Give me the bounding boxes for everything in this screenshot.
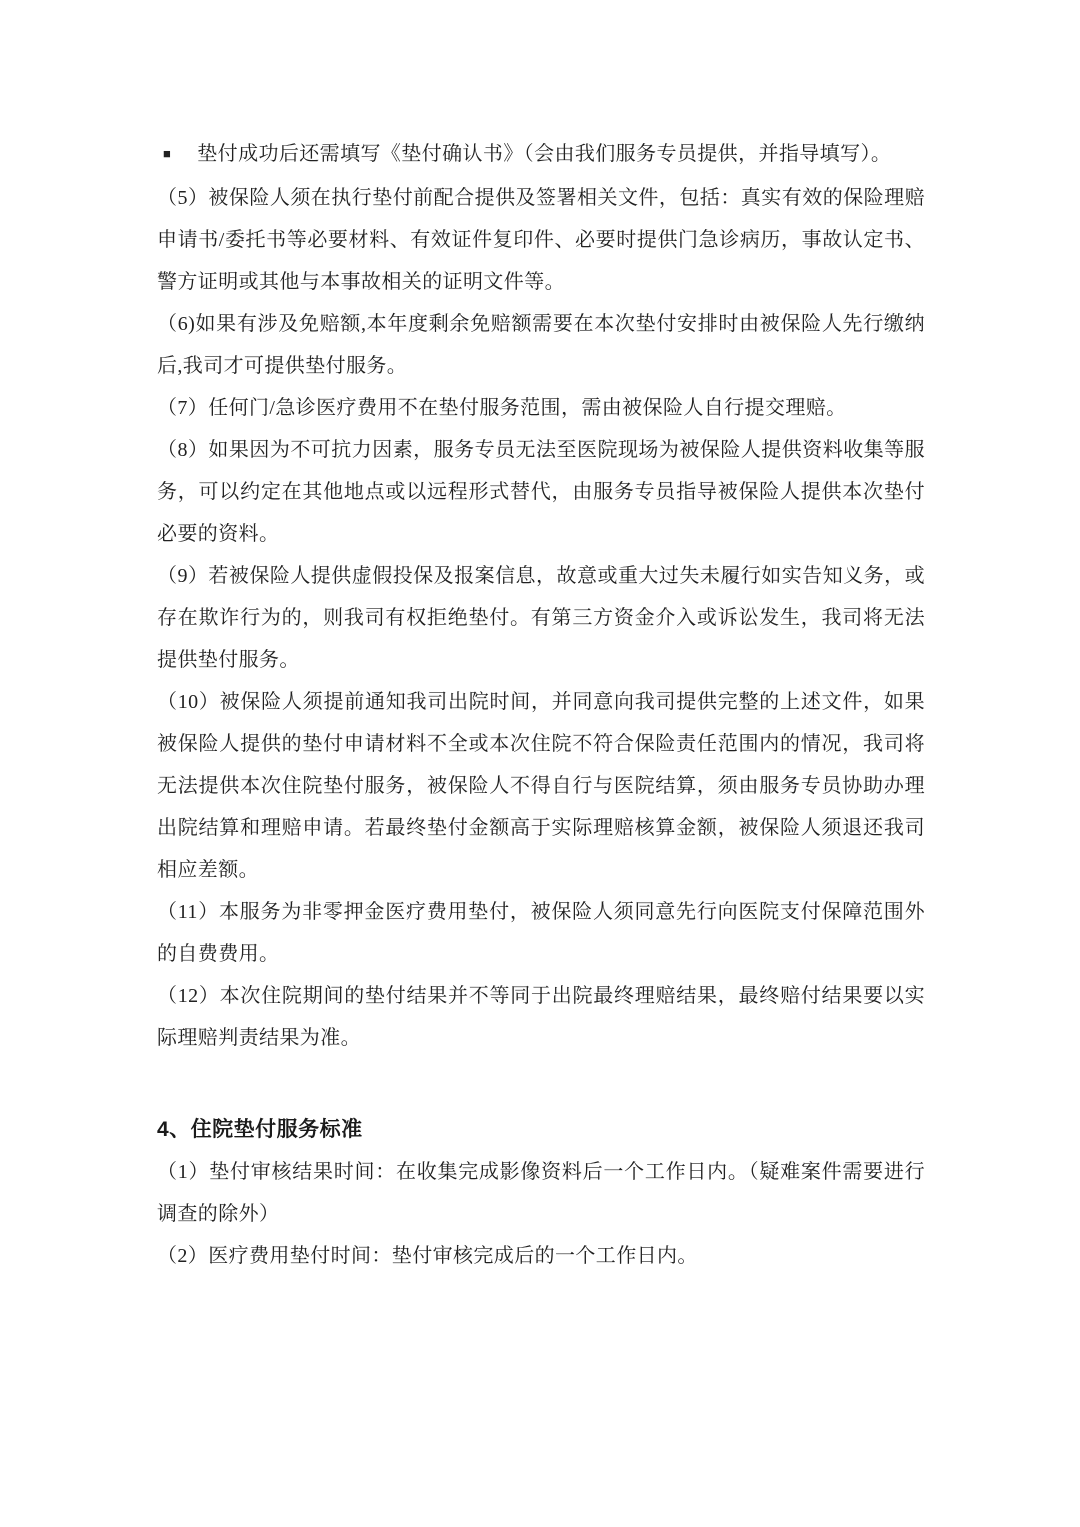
clause-8: （8）如果因为不可抗力因素，服务专员无法至医院现场为被保险人提供资料收集等服务，… <box>157 429 925 555</box>
standard-item-1: （1）垫付审核结果时间：在收集完成影像资料后一个工作日内。（疑难案件需要进行调查… <box>157 1151 925 1235</box>
clause-11: （11）本服务为非零押金医疗费用垫付，被保险人须同意先行向医院支付保障范围外的自… <box>157 891 925 975</box>
bullet-item-text: 垫付成功后还需填写《垫付确认书》（会由我们服务专员提供，并指导填写）。 <box>197 143 891 165</box>
clause-10: （10）被保险人须提前通知我司出院时间，并同意向我司提供完整的上述文件，如果被保… <box>157 681 925 891</box>
clause-7: （7）任何门/急诊医疗费用不在垫付服务范围，需由被保险人自行提交理赔。 <box>157 387 925 429</box>
clause-6: （6)如果有涉及免赔额,本年度剩余免赔额需要在本次垫付安排时由被保险人先行缴纳后… <box>157 303 925 387</box>
clause-5: （5）被保险人须在执行垫付前配合提供及签署相关文件，包括：真实有效的保险理赔申请… <box>157 177 925 303</box>
clause-9: （9）若被保险人提供虚假投保及报案信息，故意或重大过失未履行如实告知义务，或存在… <box>157 555 925 681</box>
clause-12: （12）本次住院期间的垫付结果并不等同于出院最终理赔结果，最终赔付结果要以实际理… <box>157 975 925 1059</box>
bullet-item: ■垫付成功后还需填写《垫付确认书》（会由我们服务专员提供，并指导填写）。 <box>157 133 925 177</box>
document-page: ■垫付成功后还需填写《垫付确认书》（会由我们服务专员提供，并指导填写）。 （5）… <box>0 0 1080 1527</box>
square-bullet-icon: ■ <box>163 133 171 175</box>
section-heading: 4、住院垫付服务标准 <box>157 1109 925 1151</box>
document-content: ■垫付成功后还需填写《垫付确认书》（会由我们服务专员提供，并指导填写）。 （5）… <box>157 133 925 1277</box>
standard-item-2: （2）医疗费用垫付时间：垫付审核完成后的一个工作日内。 <box>157 1235 925 1277</box>
